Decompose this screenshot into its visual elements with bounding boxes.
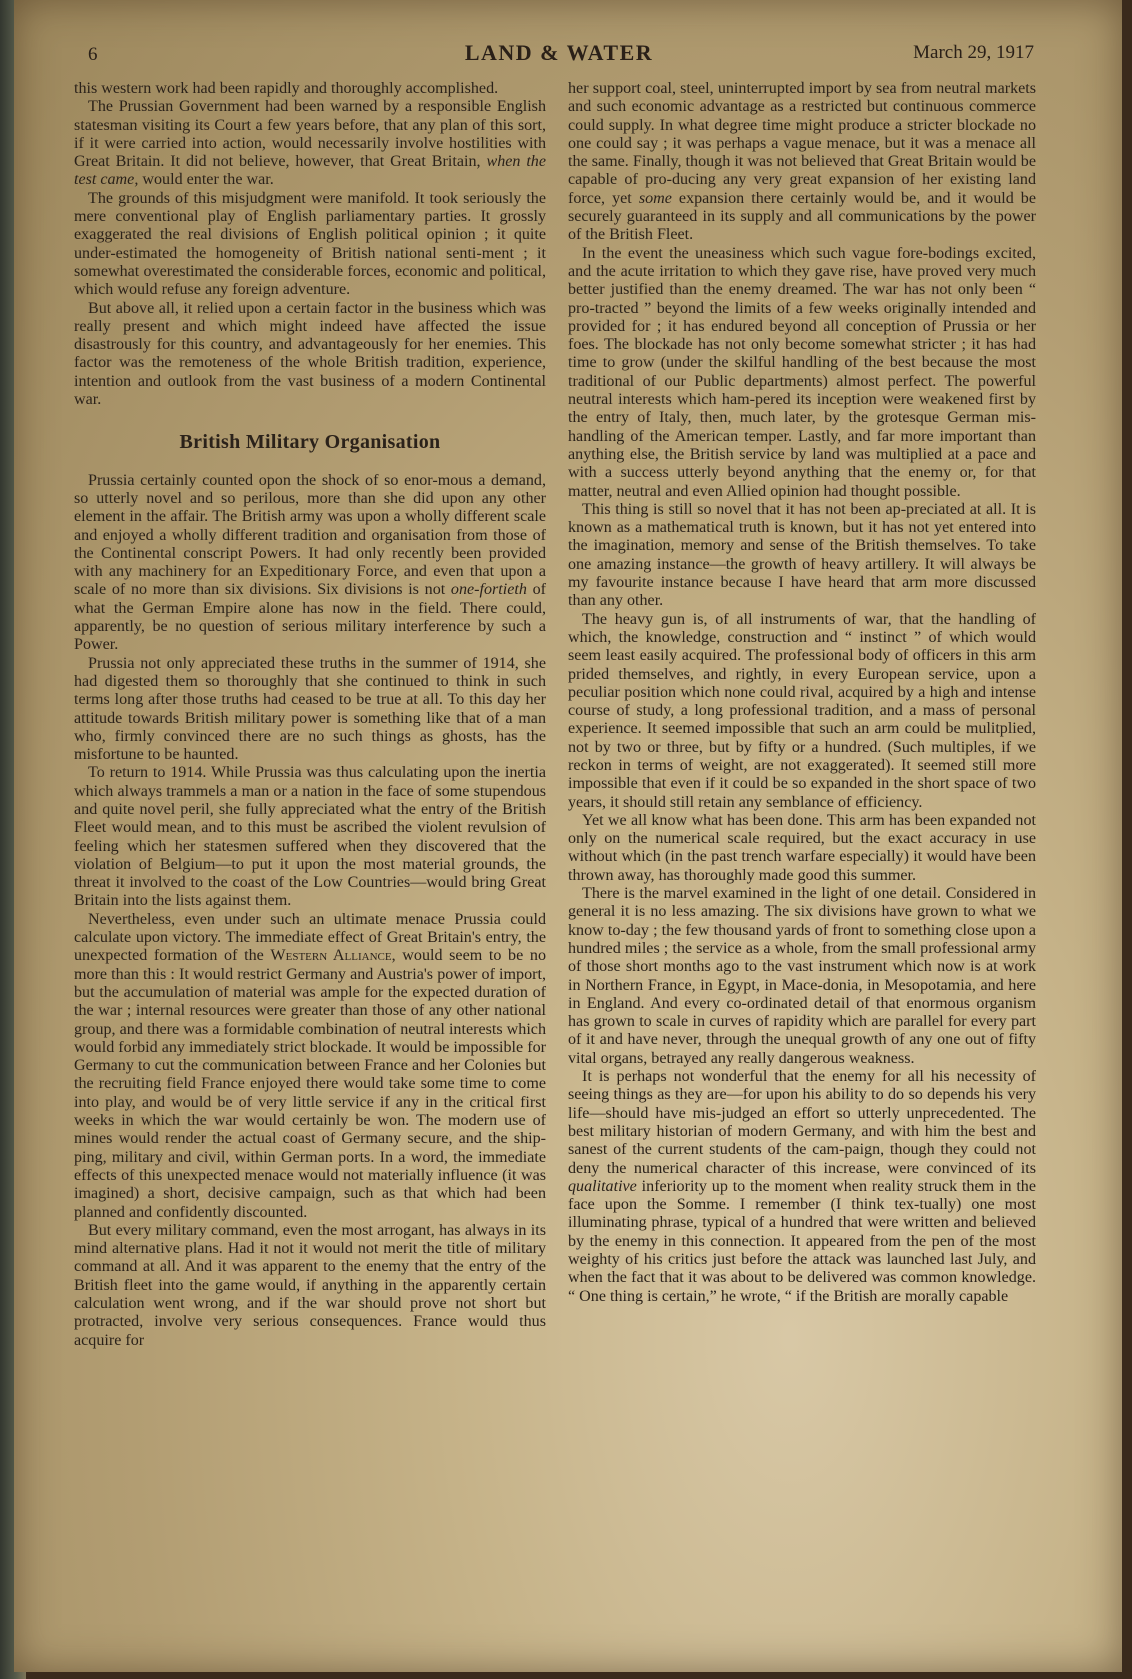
masthead-title: LAND & WATER: [84, 40, 1034, 66]
small-caps-text: Western Alliance: [270, 947, 391, 964]
paragraph: But above all, it relied upon a certain …: [74, 300, 546, 410]
text-run: The Prussian Government had been warned …: [74, 98, 546, 170]
italic-text: one-fortieth: [451, 581, 527, 598]
italic-text: some: [639, 190, 672, 207]
paragraph: this western work had been rapidly and t…: [74, 80, 546, 98]
text-run: would enter the war.: [138, 171, 273, 188]
italic-text: qualitative: [568, 1178, 637, 1195]
section-heading: British Military Organisation: [74, 433, 546, 451]
paragraph: her support coal, steel, uninterrupted i…: [568, 80, 1036, 245]
paragraph: To return to 1914. While Prussia was thu…: [74, 764, 546, 910]
paragraph: Yet we all know what has been done. This…: [568, 812, 1036, 885]
left-column: this western work had been rapidly and t…: [74, 80, 546, 1350]
paragraph: This thing is still so novel that it has…: [568, 501, 1036, 611]
text-run: her support coal, steel, uninterrupted i…: [568, 80, 1036, 207]
paragraph: The grounds of this misjudgment were man…: [74, 190, 546, 300]
paragraph: The Prussian Government had been warned …: [74, 98, 546, 189]
paragraph: In the event the uneasiness which such v…: [568, 245, 1036, 501]
paragraph: It is perhaps not wonderful that the ene…: [568, 1068, 1036, 1306]
page-header: 6 LAND & WATER March 29, 1917: [84, 38, 1034, 68]
paragraph: There is the marvel examined in the ligh…: [568, 885, 1036, 1068]
right-column: her support coal, steel, uninterrupted i…: [568, 80, 1036, 1306]
text-run: inferiority up to the moment when realit…: [568, 1178, 1036, 1305]
paragraph: But every military command, even the mos…: [74, 1222, 546, 1350]
text-run: It is perhaps not wonderful that the ene…: [568, 1068, 1036, 1176]
text-run: Prussia certainly counted opon the shock…: [74, 472, 546, 599]
paragraph: Prussia certainly counted opon the shock…: [74, 472, 546, 655]
issue-date: March 29, 1917: [913, 42, 1034, 64]
text-run: , would seem to be no more than this : I…: [74, 947, 546, 1220]
paragraph: Nevertheless, even under such an ultimat…: [74, 911, 546, 1222]
paragraph: The heavy gun is, of all instruments of …: [568, 611, 1036, 812]
paragraph: Prussia not only appreciated these truth…: [74, 655, 546, 765]
